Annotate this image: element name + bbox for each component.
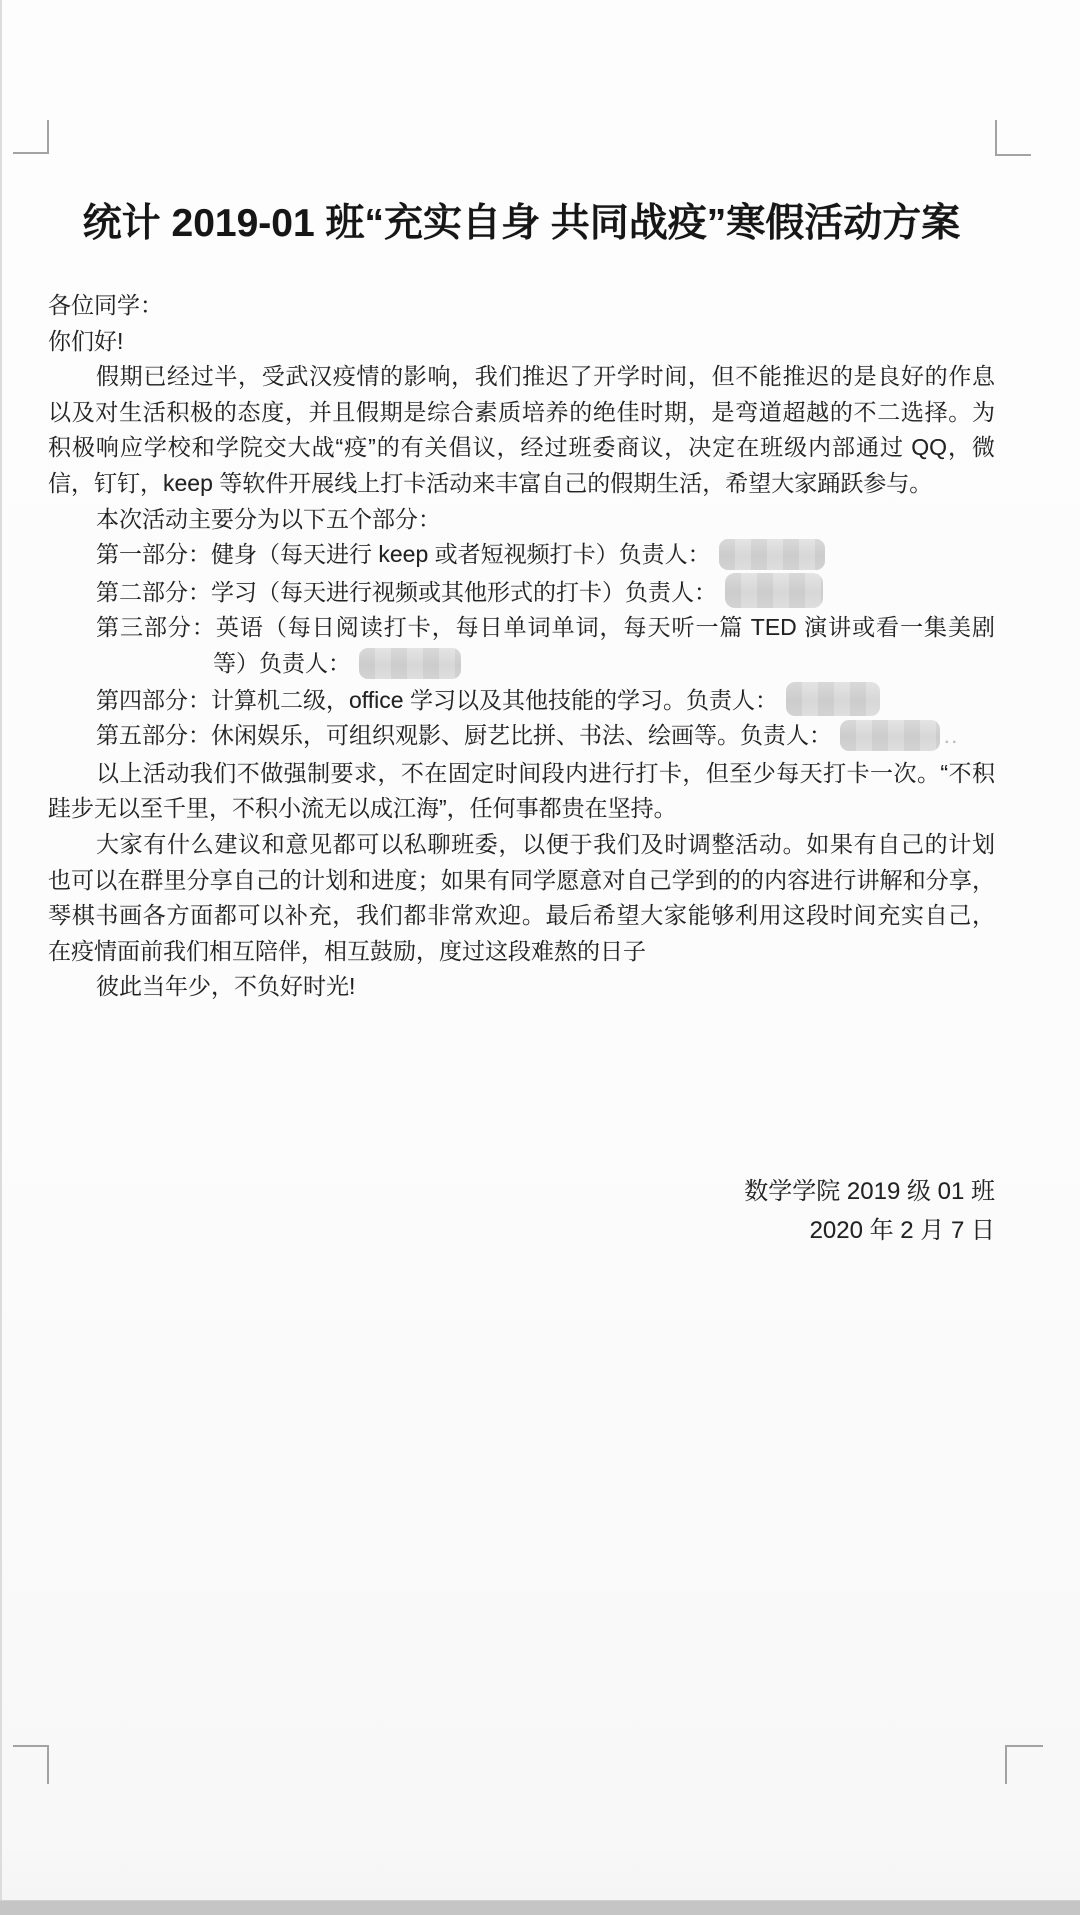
paragraph-line: 以上活动我们不做强制要求，不在固定时间段内进行打卡，但至少每天打卡一次。“不积: [48, 756, 995, 792]
activity-item-1-line: 第一部分：健身（每天进行 keep 或者短视频打卡）负责人：: [48, 537, 1043, 573]
paragraph-line: 信，钉钉，keep 等软件开展线上打卡活动来丰富自己的假期生活，希望大家踊跃参与…: [48, 466, 995, 502]
crop-mark-bottom-left: [13, 1745, 49, 1784]
activity-item-4-text: 第四部分：计算机二级，office 学习以及其他技能的学习。负责人：: [96, 687, 778, 713]
mosaic-artifact-dots: ..: [944, 726, 959, 748]
signature-date-line: 2020 年 2 月 7 日: [744, 1211, 995, 1250]
activity-item-2-line: 第二部分：学习（每天进行视频或其他形式的打卡）负责人：: [48, 573, 1043, 611]
greeting-line: 你们好!: [48, 324, 995, 360]
crop-mark-bottom-right: [1005, 1745, 1043, 1784]
intro-line: 本次活动主要分为以下五个部分：: [48, 502, 1043, 538]
paragraph-line: 在疫情面前我们相互陪伴，相互鼓励，度过这段难熬的日子: [48, 934, 995, 970]
paragraph-line: 琴棋书画各方面都可以补充，我们都非常欢迎。最后希望大家能够利用这段时间充实自己，: [48, 898, 995, 934]
redacted-name-1: [719, 539, 825, 570]
closing-line: 彼此当年少，不负好时光!: [48, 969, 1043, 1005]
redacted-name-5: [840, 720, 940, 751]
activity-item-5-text: 第五部分：休闲娱乐，可组织观影、厨艺比拼、书法、绘画等。负责人：: [96, 722, 832, 748]
paragraph-line: 以及对生活积极的态度，并且假期是综合素质培养的绝佳时期，是弯道超越的不二选择。为: [48, 395, 995, 431]
activity-item-3-text: 等）负责人：: [213, 650, 351, 676]
activity-item-2-text: 第二部分：学习（每天进行视频或其他形式的打卡）负责人：: [96, 579, 717, 605]
redacted-name-3: [359, 648, 461, 679]
page-edge-line: [0, 0, 2, 1901]
document-title: 统计 2019-01 班“充实自身 共同战疫”寒假活动方案: [48, 192, 995, 248]
paragraph-line: 大家有什么建议和意见都可以私聊班委，以便于我们及时调整活动。如果有自己的计划: [48, 827, 995, 863]
paragraph-line: 也可以在群里分享自己的计划和进度；如果有同学愿意对自己学到的的内容进行讲解和分享…: [48, 863, 995, 899]
salutation-line: 各位同学：: [48, 288, 995, 324]
crop-mark-top-right: [995, 120, 1031, 156]
paragraph-line: 积极响应学校和学院交大战“疫”的有关倡议，经过班委商议，决定在班级内部通过 QQ…: [48, 430, 995, 466]
activity-item-3-continuation: 等）负责人：: [48, 646, 1080, 682]
redacted-name-4: [786, 682, 880, 716]
paragraph-line: 假期已经过半，受武汉疫情的影响，我们推迟了开学时间，但不能推迟的是良好的作息: [48, 359, 995, 395]
activity-item-1-text: 第一部分：健身（每天进行 keep 或者短视频打卡）负责人：: [96, 541, 711, 567]
document-photo: 统计 2019-01 班“充实自身 共同战疫”寒假活动方案 各位同学： 你们好!…: [0, 0, 1080, 1915]
activity-item-3-line: 第三部分：英语（每日阅读打卡，每日单词单词，每天听一篇 TED 演讲或看一集美剧: [48, 610, 995, 646]
photo-bottom-strip: [0, 1900, 1080, 1915]
signature-class-line: 数学学院 2019 级 01 班: [744, 1172, 995, 1211]
activity-item-4-line: 第四部分：计算机二级，office 学习以及其他技能的学习。负责人：: [48, 682, 1043, 719]
signature-block: 数学学院 2019 级 01 班 2020 年 2 月 7 日: [744, 1172, 995, 1250]
document-body: 各位同学： 你们好! 假期已经过半，受武汉疫情的影响，我们推迟了开学时间，但不能…: [48, 288, 995, 1005]
redacted-name-2: [725, 573, 823, 608]
crop-mark-top-left: [13, 120, 49, 154]
activity-item-5-line: 第五部分：休闲娱乐，可组织观影、厨艺比拼、书法、绘画等。负责人：..: [48, 718, 1043, 756]
paragraph-line: 跬步无以至千里，不积小流无以成江海”，任何事都贵在坚持。: [48, 791, 995, 827]
